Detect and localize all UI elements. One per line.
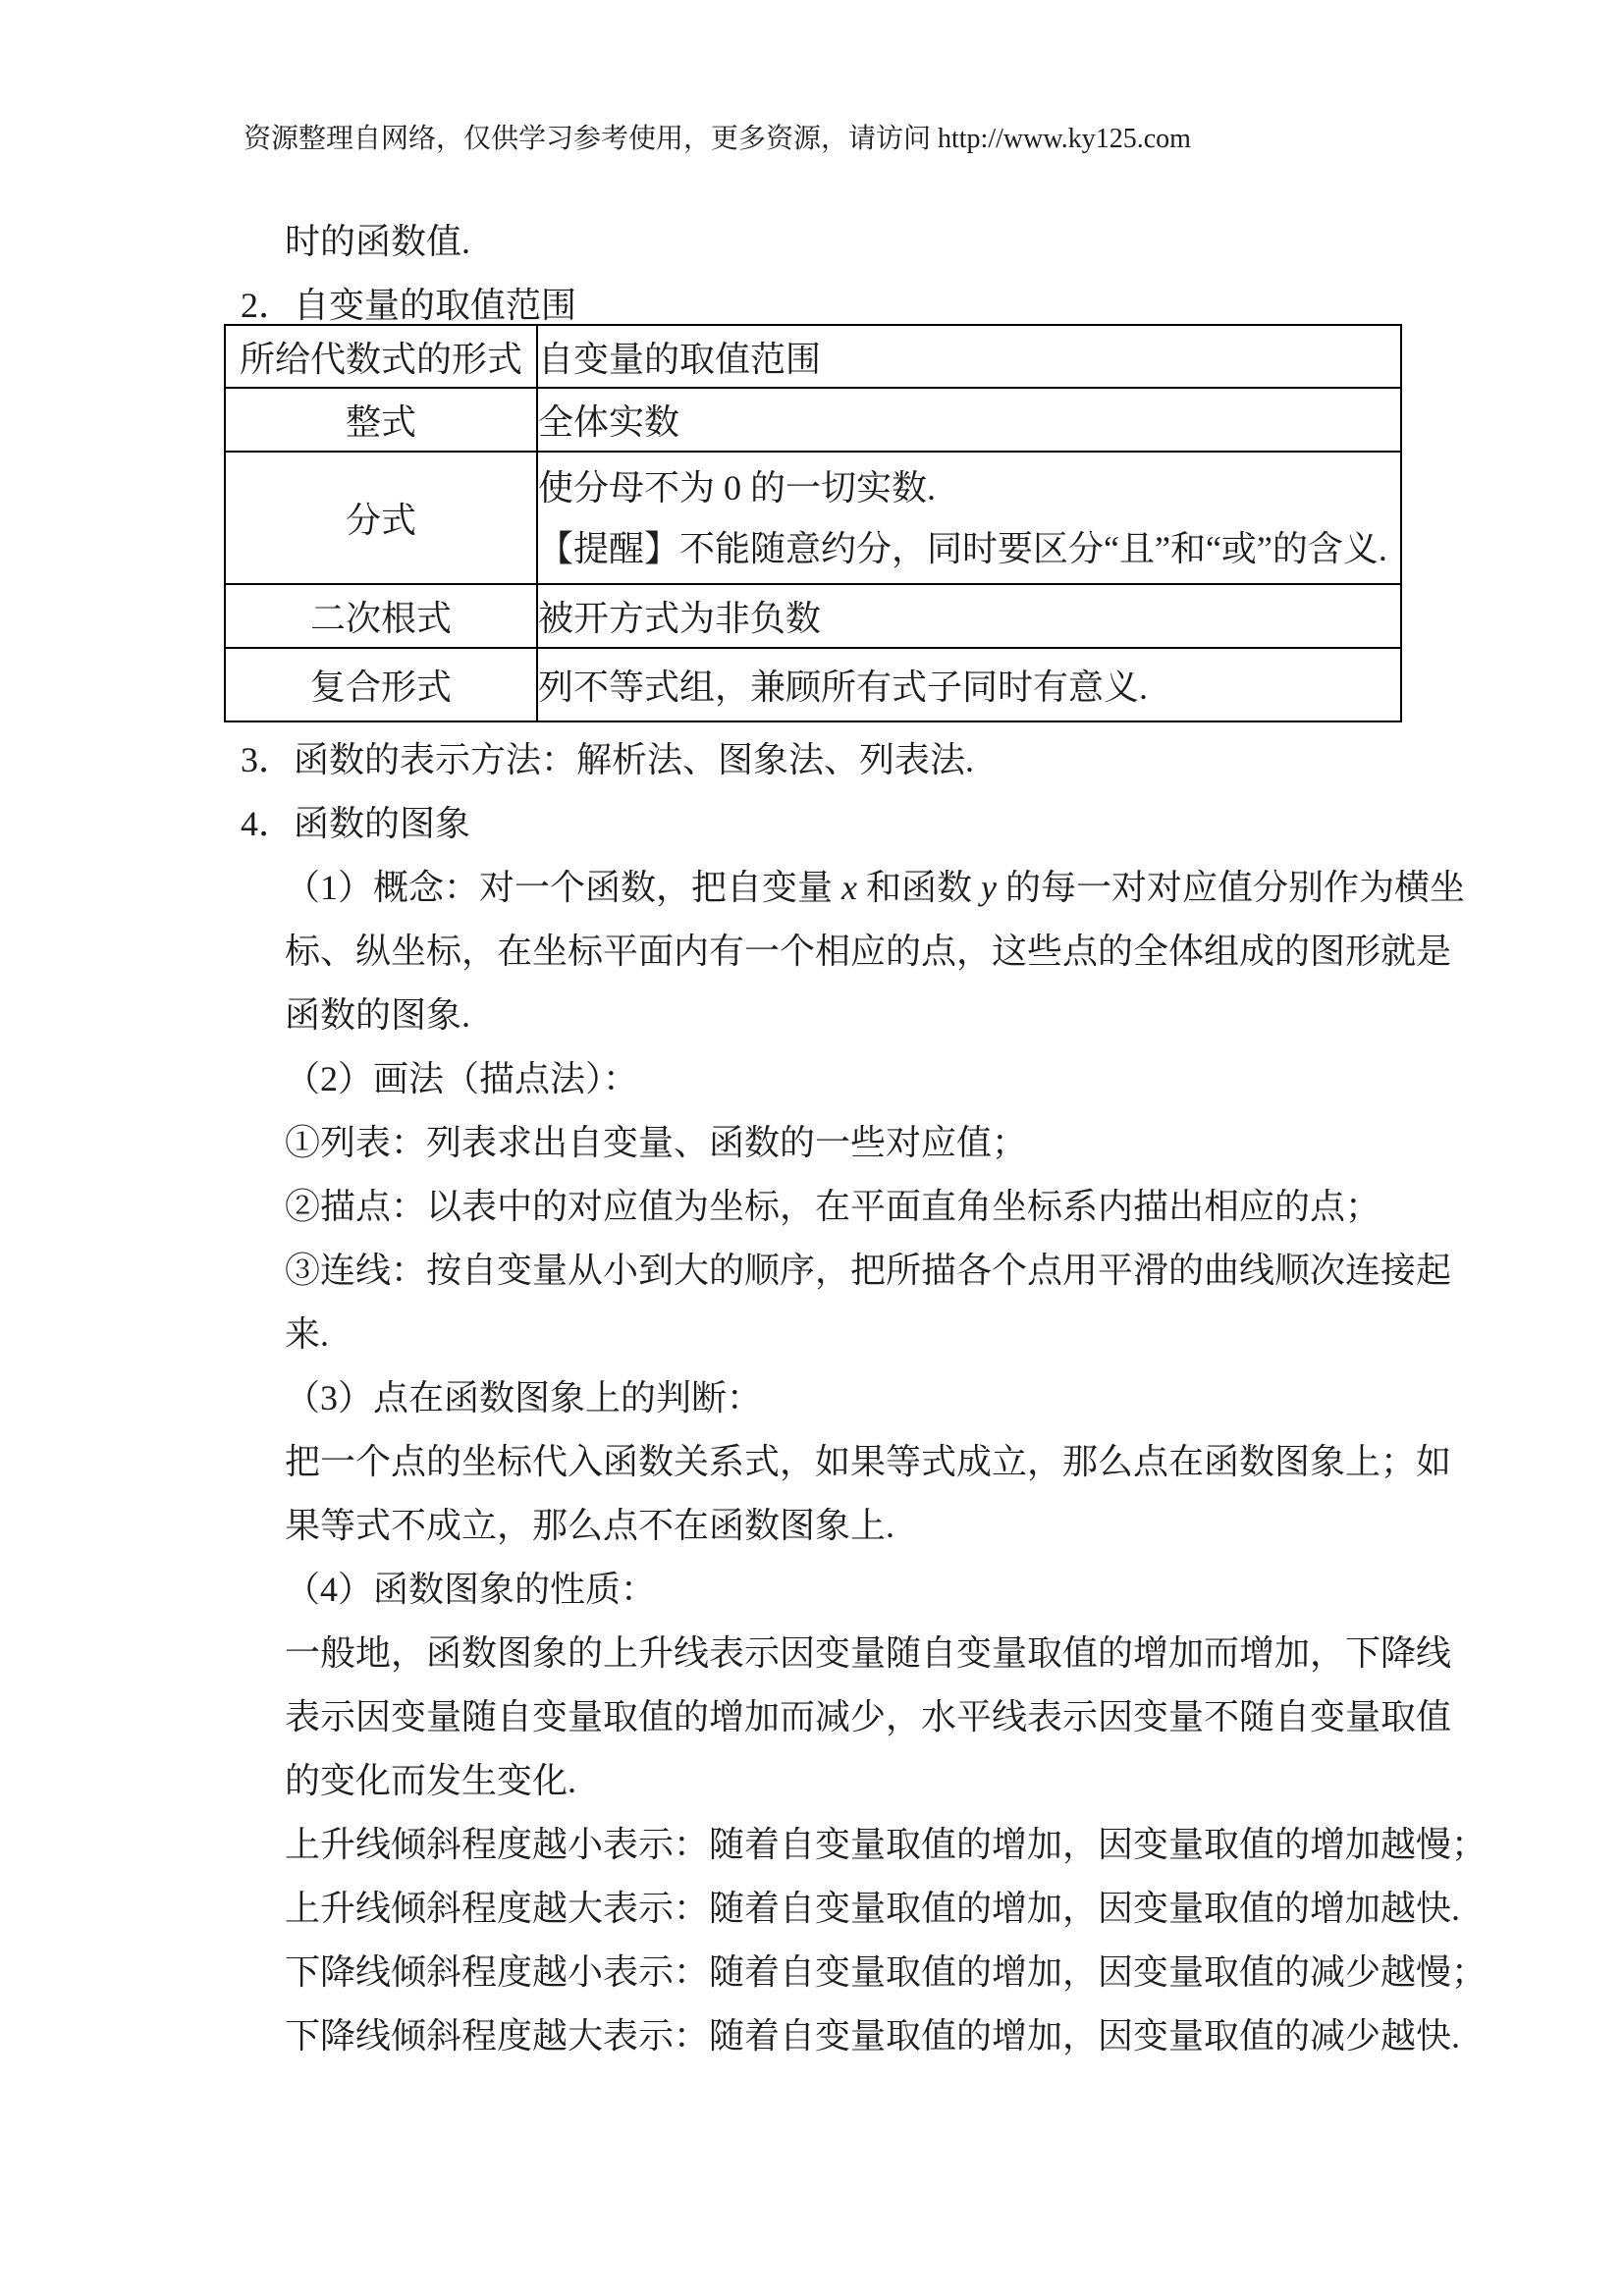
math-var-y: y	[981, 868, 997, 907]
table-header-form-cell: 所给代数式的形式	[225, 325, 537, 388]
point-judgment-line-1: 把一个点的坐标代入函数关系式，如果等式成立，那么点在函数图象上；如	[285, 1430, 1624, 1494]
table-header-range-cell: 自变量的取值范围	[537, 325, 1401, 388]
form-cell: 复合形式	[225, 648, 537, 721]
paragraph-tail-line: 时的函数值.	[285, 210, 1624, 274]
concept-line-3: 函数的图象.	[285, 984, 1624, 1047]
graph-properties-line-1: 一般地，函数图象的上升线表示因变量随自变量取值的增加而增加，下降线	[285, 1622, 1624, 1685]
concept-line-2: 标、纵坐标，在坐标平面内有一个相应的点，这些点的全体组成的图形就是	[285, 920, 1624, 984]
point-judgment-line-2: 果等式不成立，那么点不在函数图象上.	[285, 1494, 1624, 1558]
math-var-x: x	[841, 868, 857, 907]
table-header-row: 所给代数式的形式 自变量的取值范围	[225, 325, 1401, 388]
form-cell: 二次根式	[225, 584, 537, 648]
drawing-step-3-line-1: ③连线：按自变量从小到大的顺序，把所描各个点用平滑的曲线顺次连接起	[285, 1239, 1624, 1303]
range-cell: 被开方式为非负数	[537, 584, 1401, 648]
form-cell: 整式	[225, 388, 537, 452]
range-cell: 使分母不为 0 的一切实数. 【提醒】不能随意约分，同时要区分“且”和“或”的含…	[537, 452, 1401, 584]
falling-slope-large-line: 下降线倾斜程度越大表示：随着自变量取值的增加，因变量取值的减少越快.	[285, 2004, 1624, 2068]
table-row-zhengshi: 整式 全体实数	[225, 388, 1401, 452]
document-body: 时的函数值. 2．自变量的取值范围 所给代数式的形式 自变量的取值范围 整式 全…	[0, 210, 1624, 2068]
concept-line-1: （1）概念：对一个函数，把自变量x和函数y的每一对对应值分别作为横坐	[285, 856, 1624, 920]
variable-range-table: 所给代数式的形式 自变量的取值范围 整式 全体实数 分式 使分母不为 0 的一切…	[224, 324, 1402, 722]
concept-line-1-mid: 和函数	[866, 868, 972, 907]
table-row-fenshi: 分式 使分母不为 0 的一切实数. 【提醒】不能随意约分，同时要区分“且”和“或…	[225, 452, 1401, 584]
table-row-fuhe-xingshi: 复合形式 列不等式组，兼顾所有式子同时有意义.	[225, 648, 1401, 721]
drawing-step-1: ①列表：列表求出自变量、函数的一些对应值；	[285, 1111, 1624, 1175]
drawing-step-3-line-2: 来.	[285, 1303, 1624, 1366]
form-cell: 分式	[225, 452, 537, 584]
document-page: 资源整理自网络，仅供学习参考使用，更多资源，请访问 http://www.ky1…	[0, 0, 1624, 2296]
section-item-3: 3．函数的表示方法：解析法、图象法、列表法.	[241, 728, 1624, 792]
table-row-erci-genshi: 二次根式 被开方式为非负数	[225, 584, 1401, 648]
graph-properties-title: （4）函数图象的性质：	[285, 1558, 1624, 1622]
graph-properties-line-3: 的变化而发生变化.	[285, 1749, 1624, 1813]
range-cell: 列不等式组，兼顾所有式子同时有意义.	[537, 648, 1401, 721]
graph-properties-line-2: 表示因变量随自变量取值的增加而减少，水平线表示因变量不随自变量取值	[285, 1685, 1624, 1749]
concept-line-1-pre: （1）概念：对一个函数，把自变量	[285, 868, 833, 907]
range-cell: 全体实数	[537, 388, 1401, 452]
rising-slope-small-line: 上升线倾斜程度越小表示：随着自变量取值的增加，因变量取值的增加越慢；	[285, 1813, 1624, 1877]
header-notice: 资源整理自网络，仅供学习参考使用，更多资源，请访问 http://www.ky1…	[244, 120, 1191, 159]
drawing-method-title: （2）画法（描点法）：	[285, 1047, 1624, 1111]
range-cell-line-2: 【提醒】不能随意约分，同时要区分“且”和“或”的含义.	[538, 518, 1400, 579]
section-item-4: 4．函数的图象	[241, 792, 1624, 856]
concept-line-1-post: 的每一对对应值分别作为横坐	[1005, 868, 1465, 907]
point-judgment-title: （3）点在函数图象上的判断：	[285, 1366, 1624, 1430]
rising-slope-large-line: 上升线倾斜程度越大表示：随着自变量取值的增加，因变量取值的增加越快.	[285, 1877, 1624, 1941]
drawing-step-2: ②描点：以表中的对应值为坐标，在平面直角坐标系内描出相应的点；	[285, 1175, 1624, 1239]
range-cell-line-1: 使分母不为 0 的一切实数.	[538, 457, 1400, 518]
falling-slope-small-line: 下降线倾斜程度越小表示：随着自变量取值的增加，因变量取值的减少越慢；	[285, 1941, 1624, 2004]
